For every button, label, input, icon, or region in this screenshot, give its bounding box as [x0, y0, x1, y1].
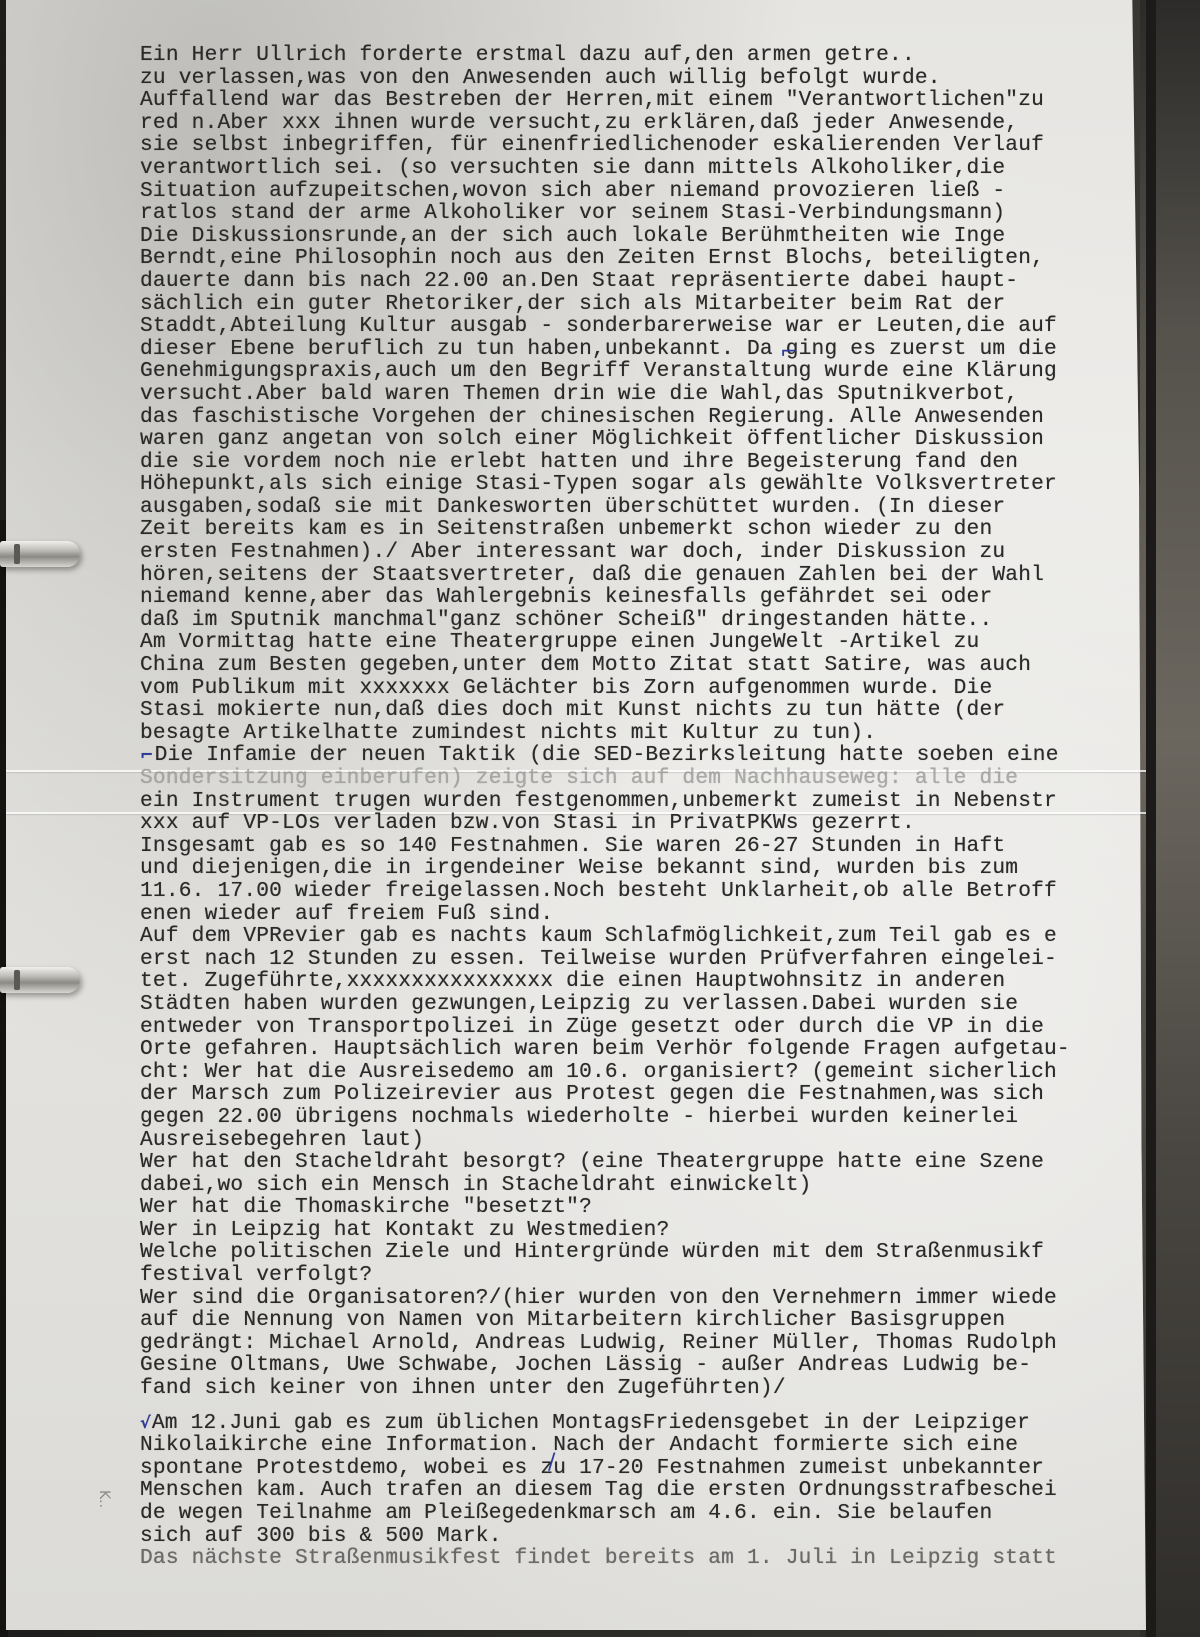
text-line: Wer sind die Organisatoren?/(hier wurden… [140, 1287, 1150, 1310]
text-line: Genehmigungspraxis,auch um den Begriff V… [140, 360, 1150, 383]
text-line: niemand kenne,aber das Wahlergebnis kein… [140, 586, 1150, 609]
binder-ring-icon [0, 541, 80, 567]
text-line: sächlich ein guter Rhetoriker,der sich a… [140, 293, 1150, 316]
text-line: Ein Herr Ullrich forderte erstmal dazu a… [140, 44, 1150, 67]
text-line: zu verlassen,was von den Anwesenden auch… [140, 67, 1150, 90]
text-line: besagte Artikelhatte zumindest nichts mi… [140, 722, 1150, 745]
text-line: waren ganz angetan von solch einer Mögli… [140, 428, 1150, 451]
photo-scene: Ein Herr Ullrich forderte erstmal dazu a… [0, 0, 1200, 1637]
text-line: dieser Ebene beruflich zu tun haben,unbe… [140, 338, 1150, 361]
text-line: Ausreisebegehren laut) [140, 1129, 1150, 1152]
text-line: ⌐Die Infamie der neuen Taktik (die SED-B… [140, 744, 1150, 767]
text-line: fand sich keiner von ihnen unter den Zug… [140, 1377, 1150, 1400]
text-line: ein Instrument trugen wurden festgenomme… [140, 790, 1150, 813]
pen-margin-mark: ⌐ [140, 745, 154, 764]
text-line: Staddt,Abteilung Kultur ausgab - sonderb… [140, 315, 1150, 338]
text-line: Stasi mokierte nun,daß dies doch mit Kun… [140, 699, 1150, 722]
text-line: Zeit bereits kam es in Seitenstraßen unb… [140, 518, 1150, 541]
text-line: Situation aufzupeitschen,wovon sich aber… [140, 180, 1150, 203]
text-line: Wer hat den Stacheldraht besorgt? (eine … [140, 1151, 1150, 1174]
text-line: versucht.Aber bald waren Themen drin wie… [140, 383, 1150, 406]
text-line: Nikolaikirche eine Information. Nach der… [140, 1434, 1150, 1457]
typewritten-body: Ein Herr Ullrich forderte erstmal dazu a… [140, 44, 1150, 1570]
text-line: Auffallend war das Bestreben der Herren,… [140, 89, 1150, 112]
text-line: vom Publikum mit xxxxxxx Gelächter bis Z… [140, 677, 1150, 700]
text-line: gedrängt: Michael Arnold, Andreas Ludwig… [140, 1332, 1150, 1355]
text-line: 11.6. 17.00 wieder freigelassen.Noch bes… [140, 880, 1150, 903]
text-line: Die Diskussionsrunde,an der sich auch lo… [140, 225, 1150, 248]
text-line: Gesine Oltmans, Uwe Schwabe, Jochen Läss… [140, 1354, 1150, 1377]
text-line: festival verfolgt? [140, 1264, 1150, 1287]
text-line: Am Vormittag hatte eine Theatergruppe ei… [140, 631, 1150, 654]
text-line: xxx auf VP-LOs verladen bzw.von Stasi in… [140, 812, 1150, 835]
text-line: cht: Wer hat die Ausreisedemo am 10.6. o… [140, 1061, 1150, 1084]
text-line: Wer in Leipzig hat Kontakt zu Westmedien… [140, 1219, 1150, 1242]
text-line: ersten Festnahmen)./ Aber interessant wa… [140, 541, 1150, 564]
text-line: gegen 22.00 übrigens nochmals wiederholt… [140, 1106, 1150, 1129]
pen-slash-mark: / [548, 1452, 555, 1474]
text-line: Berndt,eine Philosophin noch aus den Zei… [140, 247, 1150, 270]
text-line: enen wieder auf freiem Fuß sind. [140, 903, 1150, 926]
text-line: sich auf 300 bis & 500 Mark. [140, 1525, 1150, 1548]
text-line: Auf dem VPRevier gab es nachts kaum Schl… [140, 925, 1150, 948]
pen-margin-mark: √ [140, 1413, 151, 1432]
text-line: red n.Aber xxx ihnen wurde versucht,zu e… [140, 112, 1150, 135]
text-line: Städten haben wurden gezwungen,Leipzig z… [140, 993, 1150, 1016]
text-line: Welche politischen Ziele und Hintergründ… [140, 1241, 1150, 1264]
text-line: Menschen kam. Auch trafen an diesem Tag … [140, 1479, 1150, 1502]
text-line: und diejenigen,die in irgendeiner Weise … [140, 857, 1150, 880]
text-line: de wegen Teilnahme am Pleißegedenkmarsch… [140, 1502, 1150, 1525]
text-line: erst nach 12 Stunden zu essen. Teilweise… [140, 948, 1150, 971]
text-line: Das nächste Straßenmusikfest findet bere… [140, 1547, 1150, 1570]
text-line: Wer hat die Thomaskirche "besetzt"? [140, 1196, 1150, 1219]
text-line: auf die Nennung von Namen von Mitarbeite… [140, 1309, 1150, 1332]
text-line: hören,seitens der Staatsvertreter, daß d… [140, 564, 1150, 587]
text-line: tet. Zugeführte,xxxxxxxxxxxxxxxx die ein… [140, 970, 1150, 993]
text-line: entweder von Transportpolizei in Züge ge… [140, 1016, 1150, 1039]
text-line: Orte gefahren. Hauptsächlich waren beim … [140, 1038, 1150, 1061]
text-line: China zum Besten gegeben,unter dem Motto… [140, 654, 1150, 677]
text-line: Insgesamt gab es so 140 Festnahmen. Sie … [140, 835, 1150, 858]
text-line: √Am 12.Juni gab es zum üblichen MontagsF… [140, 1412, 1150, 1435]
text-line: das faschistische Vorgehen der chinesisc… [140, 406, 1150, 429]
binder-ring-icon [0, 967, 80, 993]
text-line: dabei,wo sich ein Mensch in Stacheldraht… [140, 1174, 1150, 1197]
text-line: verantwortlich sei. (so versuchten sie d… [140, 157, 1150, 180]
text-line: der Marsch zum Polizeirevier aus Protest… [140, 1083, 1150, 1106]
text-line: ratlos stand der arme Alkoholiker vor se… [140, 202, 1150, 225]
text-line: die sie vordem noch nie erlebt hatten un… [140, 451, 1150, 474]
pen-insert-mark: ⌐ [780, 342, 798, 364]
text-line: dauerte dann bis nach 22.00 an.Den Staat… [140, 270, 1150, 293]
text-line: Höhepunkt,als sich einige Stasi-Typen so… [140, 473, 1150, 496]
text-line: sie selbst inbegriffen, für einenfriedli… [140, 134, 1150, 157]
margin-note: K.. [96, 1490, 112, 1508]
text-line: daß im Sputnik manchmal"ganz schöner Sch… [140, 609, 1150, 632]
text-line: Sondersitzung einberufen) zeigte sich au… [140, 767, 1150, 790]
text-line: ausgaben,sodaß sie mit Dankesworten über… [140, 496, 1150, 519]
text-line: spontane Protestdemo, wobei es zu 17-20 … [140, 1457, 1150, 1480]
